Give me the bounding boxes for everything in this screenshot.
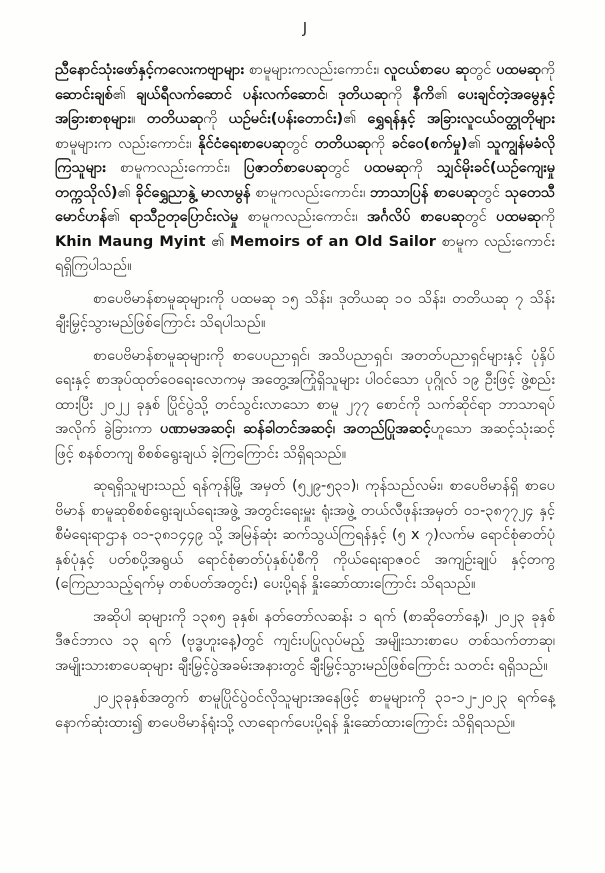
text-run: ၏: [107, 209, 129, 225]
paragraph: စာပေဗိမာန်စာမူဆုများကို ပထမဆု ၁၅ သိန်း၊ …: [55, 287, 555, 336]
text-run: ၂၀၂၃ခုနှစ်အတွက် စာမူပြိုင်ပွဲဝင်လိုသူမျာ…: [55, 690, 555, 731]
text-run: တွင်: [469, 62, 496, 78]
text-run: အဆိုပါ ဆုများကို ၁၃၈၅ ခုနှစ်၊ နတ်တော်လဆန…: [55, 609, 555, 674]
text-run: ဆုရရှိသူများသည် ရန်ကုန်မြို့ အမှတ် (၅၂၉-…: [55, 478, 555, 592]
bold-text-run: တတိယဆု: [314, 136, 370, 152]
paragraph: အဆိုပါ ဆုများကို ၁၃၈၅ ခုနှစ်၊ နတ်တော်လဆန…: [55, 605, 555, 679]
page-number: J: [55, 18, 555, 38]
bold-text-run: ပဏာမအဆင့်၊ ဆန်ခါတင်အဆင့်၊ အတည်ပြုအဆင့်: [160, 421, 431, 437]
bold-text-run: Khin Maung Myint: [55, 234, 206, 250]
text-run: တွင်: [286, 136, 315, 152]
text-run: စာမူကလည်းကောင်း၊: [250, 185, 370, 201]
paragraph: ၂၀၂၃ခုနှစ်အတွက် စာမူပြိုင်ပွဲဝင်လိုသူမျာ…: [55, 686, 555, 735]
text-run: ကို: [541, 209, 555, 225]
bold-text-run: ပထမဆု: [364, 160, 409, 176]
text-run: ကို: [371, 136, 392, 152]
text-run: တွင်: [478, 185, 505, 201]
text-run: ၏: [434, 87, 457, 103]
text-run: စာမူကလည်းကောင်း၊: [238, 209, 367, 225]
text-run: ၏: [206, 234, 230, 250]
text-run: စာမူများကလည်းကောင်း၊: [244, 62, 384, 78]
text-run: ကို: [203, 111, 229, 127]
bold-text-run: ယဉ်မင်း(ပန်းတောင်း): [229, 111, 344, 127]
bold-text-run: ဒုတိယဆု: [338, 87, 388, 103]
document-body: ညီနောင်သုံးဖော်နှင့်ကလေးကဗျာများ စာမူမျာ…: [55, 58, 555, 735]
text-run: တွင်: [328, 160, 364, 176]
text-run: ။: [131, 111, 147, 127]
bold-text-run: ခိုင်ရွှေညာနွဲ့ မာလာမွန်: [135, 185, 250, 201]
text-run: စာမူများက လည်းကောင်း၊: [55, 136, 198, 152]
text-run: ၏: [113, 87, 136, 103]
bold-text-run: ဆောင်းချစ်: [55, 87, 113, 103]
text-run: ၏: [118, 185, 136, 201]
paragraph: ဆုရရှိသူများသည် ရန်ကုန်မြို့ အမှတ် (၅၂၉-…: [55, 474, 555, 597]
text-run: စာပေဗိမာန်စာမူဆုများကို ပထမဆု ၁၅ သိန်း၊ …: [55, 291, 555, 332]
bold-text-run: ချယ်ရီလက်ဆောင် ပန်းလက်ဆောင်: [136, 87, 325, 103]
bold-text-run: ပထမဆု: [496, 62, 541, 78]
document-page: J ညီနောင်သုံးဖော်နှင့်ကလေးကဗျာများ စာမူမ…: [0, 0, 605, 873]
bold-text-run: နိုင်ငံရေးစာပေဆု: [198, 136, 286, 152]
bold-text-run: ပြဇာတ်စာပေဆု: [244, 160, 328, 176]
bold-text-run: ဘာသာပြန် စာပေဆု: [370, 185, 478, 201]
bold-text-run: ရွှေရန်နှင့် အခြားလူငယ်ဝတ္ထုတိုများ: [367, 111, 555, 127]
text-run: ၏: [468, 136, 487, 152]
bold-text-run: အင်္ဂလိပ် စာပေဆု: [367, 209, 465, 225]
bold-text-run: ညီနောင်သုံးဖော်နှင့်ကလေးကဗျာများ: [55, 62, 244, 78]
paragraph: စာပေဗိမာန်စာမူဆုများကို စာပေပညာရှင်၊ အသိ…: [55, 344, 555, 467]
text-run: ၏: [343, 111, 367, 127]
bold-text-run: လူငယ်စာပေ ဆု: [384, 62, 469, 78]
bold-text-run: တတိယဆု: [147, 111, 203, 127]
bold-text-run: ခင်ဝေ(စက်မှု): [391, 136, 467, 152]
paragraph: ညီနောင်သုံးဖော်နှင့်ကလေးကဗျာများ စာမူမျာ…: [55, 58, 555, 279]
text-run: ကို: [409, 160, 437, 176]
bold-text-run: ရာသီဥတုပြောင်းလဲမှု: [129, 209, 238, 225]
text-run: တွင်: [465, 209, 497, 225]
bold-text-run: နီကိ: [413, 87, 435, 103]
text-run: ကို: [388, 87, 413, 103]
text-run: ကို: [541, 62, 555, 78]
text-run: ၊: [325, 87, 338, 103]
text-run: စာမူကလည်းကောင်း၊: [106, 160, 244, 176]
bold-text-run: ပထမဆု: [496, 209, 541, 225]
bold-text-run: Memoirs of an Old Sailor: [230, 234, 436, 250]
